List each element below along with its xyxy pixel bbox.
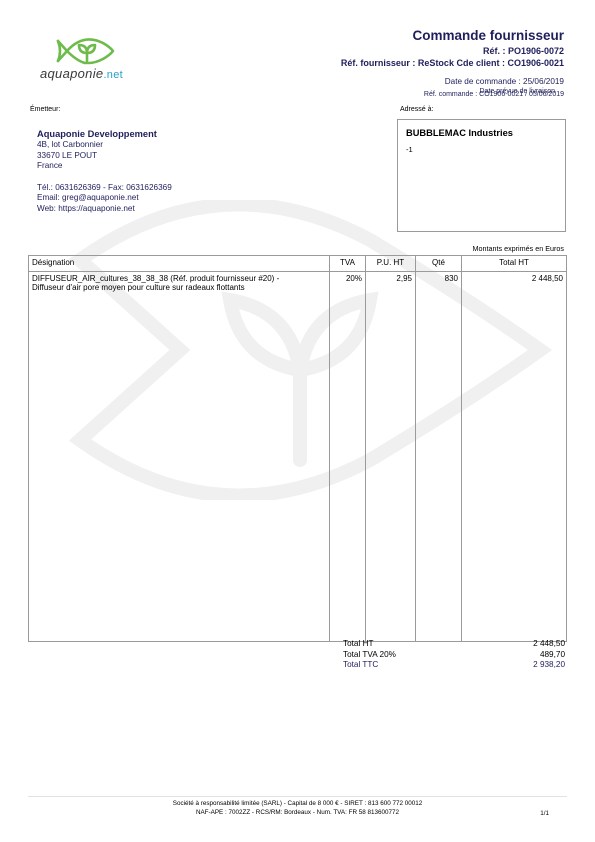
col-quantity: Qté: [416, 256, 462, 272]
currency-note: Montants exprimés en Euros: [473, 244, 564, 253]
totals-block: Total HT2 448,50 Total TVA 20%489,70 Tot…: [343, 639, 565, 671]
logo-wordmark: aquaponie.net: [40, 66, 123, 81]
col-designation: Désignation: [29, 256, 330, 272]
document-title: Commande fournisseur: [412, 28, 564, 43]
sender-label: Émetteur:: [30, 106, 60, 113]
cell-quantity: 830: [416, 272, 462, 642]
col-tva: TVA: [330, 256, 366, 272]
recipient-box: BUBBLEMAC Industries -1: [397, 119, 566, 232]
footer-legal-line2: NAF-APE : 7002ZZ - RCS/RM: Bordeaux - Nu…: [0, 809, 595, 816]
sender-email: Email: greg@aquaponie.net: [37, 193, 172, 204]
cell-total: 2 448,50: [462, 272, 567, 642]
col-total: Total HT: [462, 256, 567, 272]
cell-unit-price: 2,95: [366, 272, 416, 642]
table-header-row: Désignation TVA P.U. HT Qté Total HT: [29, 256, 567, 272]
supplier-ref: Réf. fournisseur : ReStock Cde client : …: [341, 58, 564, 68]
total-ht-row: Total HT2 448,50: [343, 639, 565, 650]
order-ref: Réf. : PO1906-0072: [483, 46, 564, 56]
table-row: DIFFUSEUR_AIR_cultures_38_38_38 (Réf. pr…: [29, 272, 567, 642]
total-ttc-row: Total TTC2 938,20: [343, 660, 565, 671]
order-lines-table: Désignation TVA P.U. HT Qté Total HT DIF…: [28, 255, 567, 642]
sender-name: Aquaponie Developpement: [37, 128, 172, 140]
sender-address2: 33670 LE POUT: [37, 151, 172, 162]
sender-country: France: [37, 161, 172, 172]
footer-divider: [28, 796, 567, 797]
total-tva-row: Total TVA 20%489,70: [343, 650, 565, 661]
recipient-name: BUBBLEMAC Industries: [406, 128, 513, 138]
order-date: Date de commande : 25/06/2019: [445, 77, 564, 86]
delivery-date-label: Date prévue de livraison: [480, 88, 556, 95]
sender-web: Web: https://aquaponie.net: [37, 204, 172, 215]
sender-phone: Tél.: 0631626369 - Fax: 0631626369: [37, 183, 172, 194]
recipient-label: Adressé à:: [400, 106, 433, 113]
page-number: 1/1: [540, 810, 549, 817]
recipient-line: -1: [406, 145, 413, 154]
logo-fish-sprout-icon: [55, 35, 115, 67]
sender-block: Aquaponie Developpement 4B, lot Carbonni…: [37, 128, 172, 214]
cell-tva: 20%: [330, 272, 366, 642]
footer-legal-line1: Société à responsabilité limitée (SARL) …: [0, 800, 595, 807]
col-unit-price: P.U. HT: [366, 256, 416, 272]
sender-address1: 4B, lot Carbonnier: [37, 140, 172, 151]
cell-designation: DIFFUSEUR_AIR_cultures_38_38_38 (Réf. pr…: [29, 272, 330, 642]
